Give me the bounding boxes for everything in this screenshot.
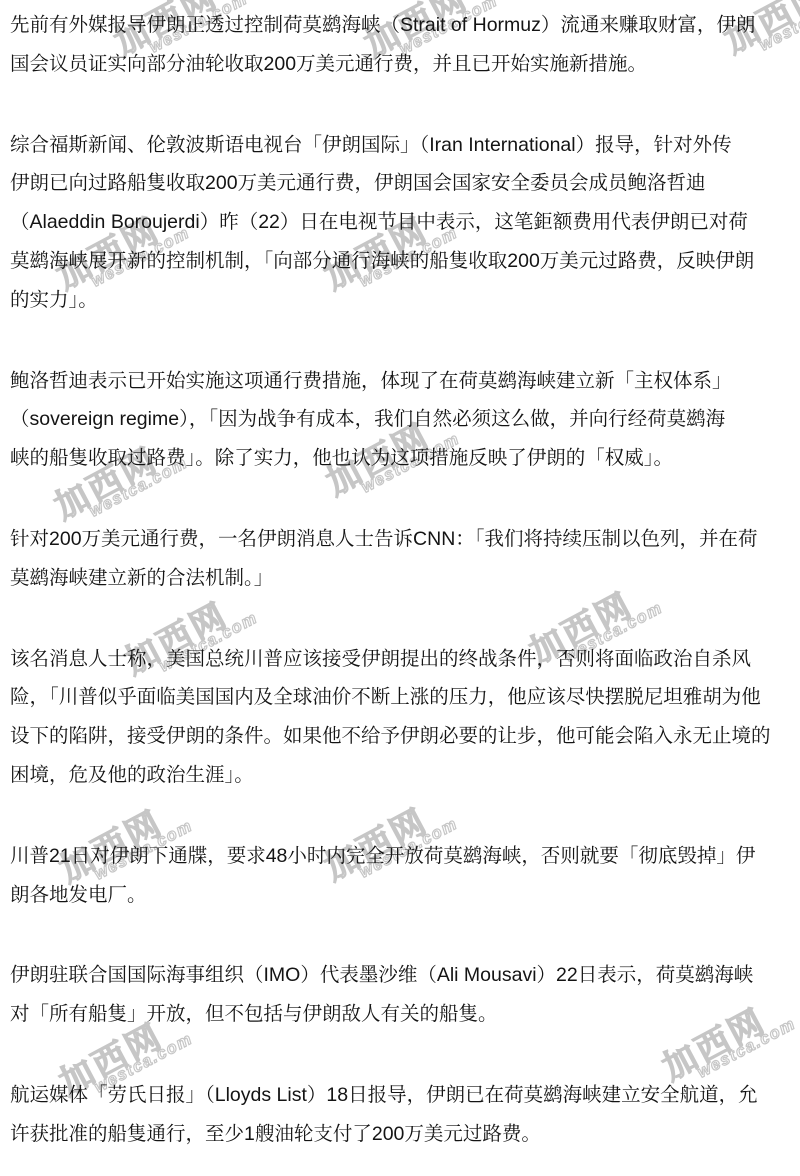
article-paragraph: 针对200万美元通行费，一名伊朗消息人士告诉CNN：「我们将持续压制以色列，并在… (10, 520, 790, 598)
article-body: 先前有外媒报导伊朗正透过控制荷莫鹚海峡（Strait of Hormuz）流通来… (0, 0, 800, 1154)
article-paragraph: 伊朗驻联合国国际海事组织（IMO）代表墨沙维（Ali Mousavi）22日表示… (10, 956, 790, 1034)
article-paragraph: 航运媒体「劳氏日报」（Lloyds List）18日报导，伊朗已在荷莫鹚海峡建立… (10, 1076, 790, 1154)
article-paragraph: 该名消息人士称，美国总统川普应该接受伊朗提出的终战条件，否则将面临政治自杀风 险… (10, 640, 790, 795)
article-page: 加西网westca.com加西网westca.com加西网westca.com加… (0, 0, 800, 1176)
article-paragraph: 综合福斯新闻、伦敦波斯语电视台「伊朗国际」（Iran International… (10, 126, 790, 320)
article-paragraph: 先前有外媒报导伊朗正透过控制荷莫鹚海峡（Strait of Hormuz）流通来… (10, 6, 790, 84)
article-paragraph: 鲍洛哲迪表示已开始实施这项通行费措施，体现了在荷莫鹚海峡建立新「主权体系」 （s… (10, 362, 790, 478)
article-paragraph: 川普21日对伊朗下通牒，要求48小时内完全开放荷莫鹚海峡，否则就要「彻底毁掉」伊… (10, 837, 790, 915)
